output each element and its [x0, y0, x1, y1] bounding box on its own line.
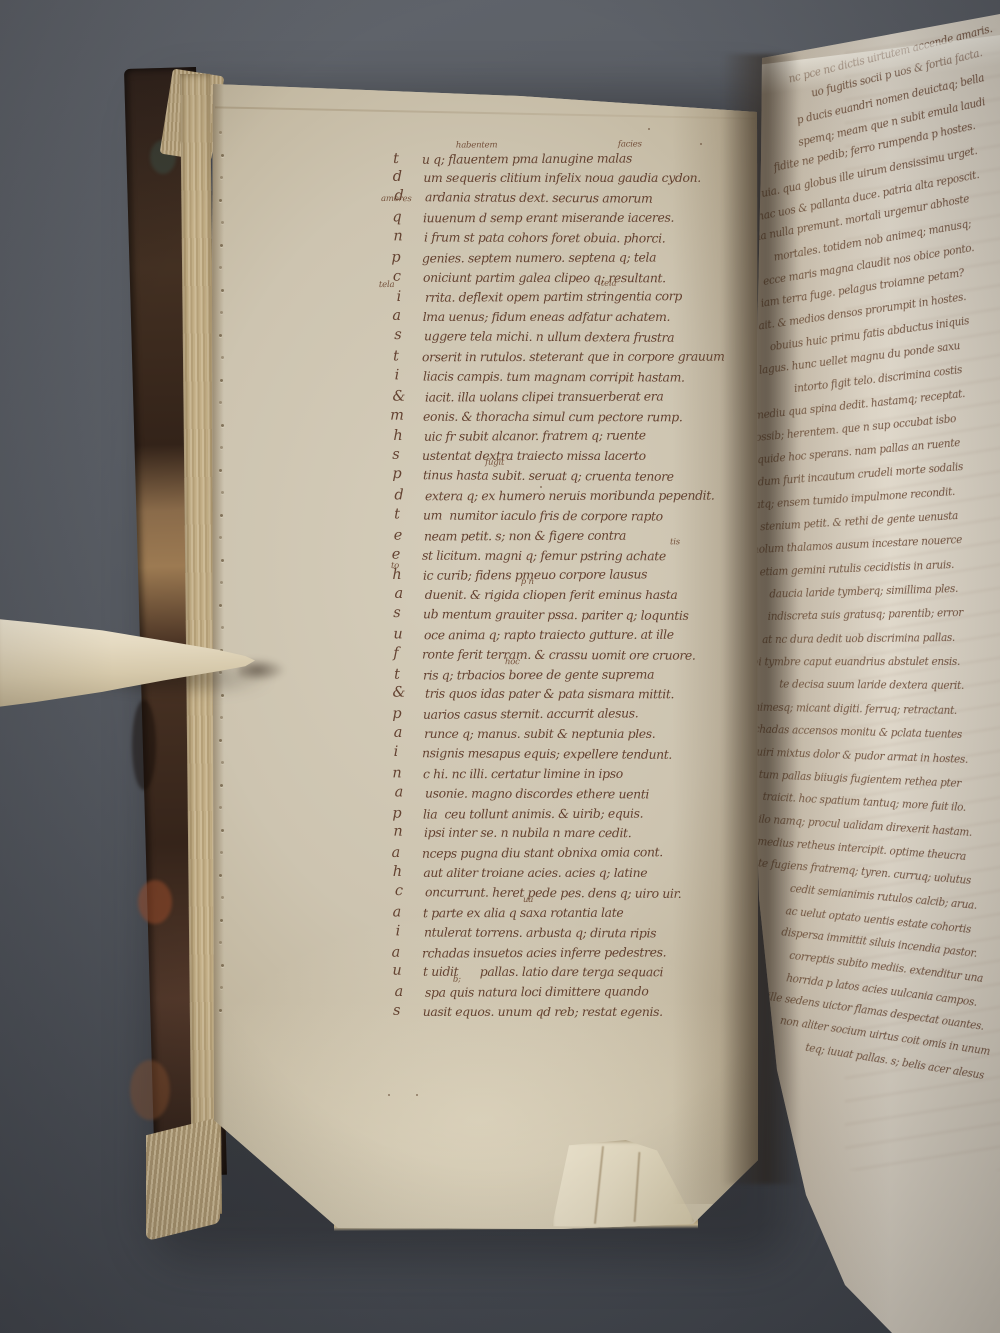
verse-text: ustentat dextra traiecto missa lacerto — [422, 448, 646, 463]
verse-initial: u — [377, 963, 417, 979]
verse-text: liacis campis. tum magnam corripit hasta… — [423, 368, 685, 384]
verse-text: c hi. nc illi. certatur limine in ipso — [423, 766, 623, 781]
manuscript-line: tu q; flauentem pma lanugine malashabent… — [376, 148, 712, 170]
verse-initial: n — [378, 824, 418, 840]
leather-damage — [130, 1060, 170, 1120]
verse-text: t parte ex alia q saxa rotantia late — [423, 905, 623, 920]
verse-initial: e — [378, 527, 418, 543]
manuscript-line: ut uidit pallas. latio dare terga sequac… — [377, 963, 713, 984]
interlinear-gloss: tela — [601, 279, 617, 289]
verse-initial: t — [376, 348, 416, 364]
verse-text: oce anima q; rapto traiecto gutture. at … — [424, 627, 674, 643]
manuscript-line: dum sequeris clitium infelix noua gaudia… — [377, 169, 713, 189]
verse-text: spa quis natura loci dimittere quando — [425, 984, 649, 1000]
interlinear-gloss: habentem — [456, 140, 497, 150]
manuscript-line: nc hi. nc illi. certatur limine in ipso — [377, 764, 713, 785]
verse-text: runce q; manus. subit & neptunia ples. — [424, 726, 655, 741]
manuscript-line: iliacis campis. tum magnam corripit hast… — [377, 367, 713, 388]
ink-speck — [700, 143, 702, 145]
ink-speck — [540, 486, 542, 488]
manuscript-line: est licitum. magni q; femur pstring acha… — [376, 546, 712, 567]
verse-initial: h — [377, 864, 417, 880]
verse-text: oncurrunt. heret pede pes. dens q; uiro … — [425, 884, 681, 901]
verse-text: neam petit. s; non & figere contra — [424, 527, 626, 543]
verse-initial: u — [378, 626, 418, 642]
interlinear-gloss: p n — [521, 577, 534, 587]
verse-text: um numitor iaculo fris de corpore rapto — [423, 507, 663, 523]
verse-text: extera q; ex humero neruis moribunda pep… — [425, 488, 715, 504]
manuscript-line: fronte ferit terram. & crassu uomit ore … — [376, 645, 712, 666]
verse-text: um sequeris clitium infelix noua gaudia … — [423, 170, 700, 185]
verse-text: ipsi inter se. n nubila n mare cedit. — [424, 825, 631, 840]
verse-initial: i — [378, 923, 418, 939]
verse-text: usonie. magno discordes ethere uenti — [425, 785, 649, 801]
verse-text: uic fr subit alcanor. fratrem q; ruente — [424, 428, 646, 444]
manuscript-line: uoce anima q; rapto traiecto gutture. at… — [378, 626, 714, 647]
verse-text: ronte ferit terram. & crassu uomit ore c… — [422, 646, 696, 662]
verse-text: ris q; trbacios boree de gente suprema — [423, 666, 654, 682]
gutter-shadow — [722, 54, 800, 1184]
verse-initial: q — [377, 209, 417, 225]
interlinear-gloss: to — [391, 561, 399, 571]
manuscript-line: &iacit. illa uolans clipei transuerberat… — [379, 387, 715, 408]
verse-text: ic curib; fidens pmeuo corpore lausus — [423, 567, 647, 583]
verse-initial: s — [376, 447, 416, 463]
verse-text: lia ceu tollunt animis. & uirib; equis. — [423, 805, 643, 821]
manuscript-line: ni frum st pata cohors foret obuia. phor… — [378, 228, 714, 249]
verse-initial: s — [378, 327, 418, 343]
verse-text: nsignis mesapus equis; expellere tendunt… — [422, 745, 672, 762]
manuscript-line: coniciunt partim galea clipeo q; resulta… — [377, 268, 713, 289]
verse-text: lma uenus; fidum eneas adfatur achatem. — [423, 309, 670, 324]
verse-text: i frum st pata cohors foret obuia. phorc… — [424, 229, 665, 245]
verse-text: tris quos idas pater & pata sismara mitt… — [425, 686, 674, 702]
verse-initial: a — [379, 586, 419, 602]
verse-text: ardania stratus dext. securus amorum — [425, 189, 652, 205]
verse-initial: f — [376, 645, 416, 661]
verse-text: nceps pugna diu stant obnixa omia cont. — [422, 845, 663, 862]
manuscript-line: at parte ex alia q saxa rotantia lateua — [377, 903, 713, 924]
verse-initial: s — [377, 605, 417, 621]
manuscript-line: anceps pugna diu stant obnixa omia cont. — [376, 843, 712, 865]
verse-initial: p — [377, 805, 417, 821]
verse-initial: i — [379, 289, 419, 305]
verse-initial: a — [378, 725, 418, 741]
verse-initial: a — [379, 984, 419, 1000]
verse-text: u q; flauentem pma lanugine malas — [422, 150, 632, 166]
verse-text: duenit. & rigida cliopen ferit eminus ha… — [425, 587, 678, 602]
verse-text: oniciunt partim galea clipeo q; resultan… — [423, 269, 666, 285]
manuscript-line: torserit in rutulos. steterant que in co… — [376, 348, 712, 369]
verse-text: ub mentum grauiter pssa. pariter q; loqu… — [423, 606, 689, 623]
manuscript-line: eneam petit. s; non & figere contra — [378, 526, 714, 547]
verse-text: uarios casus sternit. accurrit alesus. — [423, 706, 638, 722]
manuscript-line: insignis mesapus equis; expellere tendun… — [376, 744, 712, 766]
manuscript-line: tris q; trbacios boree de gente supremah… — [377, 665, 713, 686]
page-edge-stack-bottom — [146, 1117, 220, 1241]
ink-speck — [416, 1094, 418, 1096]
manuscript-line: sub mentum grauiter pssa. pariter q; loq… — [377, 605, 713, 627]
manuscript-line: sustentat dextra traiecto missa lacerto — [376, 447, 712, 467]
verse-initial: a — [379, 784, 419, 800]
verse-text: st licitum. magni q; femur pstring achat… — [422, 547, 666, 563]
verse-text: iuuenum d semp erant miserande iaceres. — [423, 210, 674, 226]
manuscript-line: ausonie. magno discordes ethere uenti — [379, 784, 715, 805]
manuscript-line: archadas insuetos acies inferre pedestre… — [376, 943, 712, 964]
interlinear-gloss: amores — [381, 194, 412, 204]
verse-initial: p — [377, 466, 417, 482]
verse-initial: e — [376, 546, 416, 562]
verse-initial: a — [376, 944, 416, 960]
manuscript-line: alma uenus; fidum eneas adfatur achatem. — [377, 308, 713, 328]
verse-initial: i — [376, 744, 416, 760]
interlinear-gloss: fugit — [485, 458, 504, 468]
verse-initial: t — [377, 506, 417, 522]
manuscript-line: aduenit. & rigida cliopen ferit eminus h… — [379, 586, 715, 606]
manuscript-line: concurrunt. heret pede pes. dens q; uiro… — [379, 883, 715, 905]
verse-initial: h — [378, 428, 418, 444]
manuscript-line: intulerat torrens. arbusta q; diruta rip… — [378, 923, 714, 944]
verse-text: tinus hasta subit. seruat q; cruenta ten… — [423, 467, 674, 484]
manuscript-line: puarios casus sternit. accurrit alesus. — [377, 704, 713, 726]
manuscript-photo: nc pce nc dictis uirtutem accende amaris… — [0, 0, 1000, 1333]
verse-text: iacit. illa uolans clipei transuerberat … — [425, 388, 663, 404]
verse-text: genies. septem numero. septena q; tela — [422, 249, 656, 265]
verse-initial: a — [377, 904, 417, 920]
verse-initial: n — [378, 228, 418, 244]
manuscript-line: suasit equos. unum qd reb; restat egenis… — [377, 1003, 713, 1023]
verse-initial: & — [379, 685, 419, 701]
manuscript-line: qiuuenum d semp erant miserande iaceres. — [377, 209, 713, 230]
verse-initial: t — [377, 666, 417, 682]
interlinear-gloss: tela — [379, 280, 395, 290]
ink-speck — [388, 1094, 390, 1096]
manuscript-line: meonis. & thoracha simul cum pectore rum… — [377, 407, 713, 428]
leather-damage — [138, 880, 172, 924]
manuscript-line: ptinus hasta subit. seruat q; cruenta te… — [377, 466, 713, 488]
manuscript-line: hic curib; fidens pmeuo corpore laususto — [377, 565, 713, 587]
verse-initial: i — [377, 367, 417, 383]
verse-initial: s — [377, 1003, 417, 1019]
verse-initial: p — [376, 249, 416, 265]
manuscript-line: arunce q; manus. subit & neptunia ples. — [378, 725, 714, 745]
manuscript-line: huic fr subit alcanor. fratrem q; ruente — [378, 426, 714, 448]
leather-damage — [132, 700, 156, 790]
ink-speck — [648, 128, 650, 130]
manuscript-line: plia ceu tollunt animis. & uirib; equis. — [377, 804, 713, 825]
verse-initial: p — [377, 706, 417, 722]
interlinear-gloss: b; — [453, 975, 461, 985]
verse-text: rchadas insuetos acies inferre pedestres… — [422, 944, 666, 960]
verse-initial: a — [377, 308, 417, 324]
manuscript-line: &tris quos idas pater & pata sismara mit… — [379, 685, 715, 706]
manuscript-line: haut aliter troiane acies. acies q; lati… — [377, 864, 713, 884]
verse-initial: & — [379, 388, 419, 404]
verse-initial: d — [377, 169, 417, 185]
interlinear-gloss: ua — [523, 895, 533, 905]
manuscript-line: pgenies. septem numero. septena q; tela — [376, 248, 712, 269]
verse-initial: t — [376, 150, 416, 166]
manuscript-line: dextera q; ex humero neruis moribunda pe… — [379, 487, 715, 508]
verse-initial: d — [379, 487, 419, 503]
verse-text: uasit equos. unum qd reb; restat egenis. — [423, 1004, 663, 1019]
verse-text: ntulerat torrens. arbusta q; diruta ripi… — [424, 924, 656, 940]
verse-initial: c — [379, 883, 419, 899]
verse-text: rrita. deflexit opem partim stringentia … — [425, 289, 682, 306]
manuscript-line: tum numitor iaculo fris de corpore rapto — [377, 506, 713, 527]
manuscript-line: suggere tela michi. n ullum dextera frus… — [378, 327, 714, 349]
interlinear-gloss: hoc — [505, 657, 520, 667]
manuscript-line: dardania stratus dext. securus amorumamo… — [379, 188, 715, 210]
verse-initial: m — [377, 407, 417, 423]
verse-initial: a — [376, 845, 416, 861]
manuscript-line: aspa quis natura loci dimittere quandob; — [379, 982, 715, 1004]
manuscript-line: nipsi inter se. n nubila n mare cedit. — [378, 824, 714, 845]
interlinear-gloss: facies — [618, 139, 642, 149]
verse-text: uggere tela michi. n ullum dextera frust… — [424, 328, 674, 345]
verse-initial: n — [377, 765, 417, 781]
manuscript-line: irrita. deflexit opem partim stringentia… — [379, 287, 715, 309]
verse-text: aut aliter troiane acies. acies q; latin… — [423, 865, 647, 880]
verse-text: eonis. & thoracha simul cum pectore rump… — [423, 408, 683, 424]
